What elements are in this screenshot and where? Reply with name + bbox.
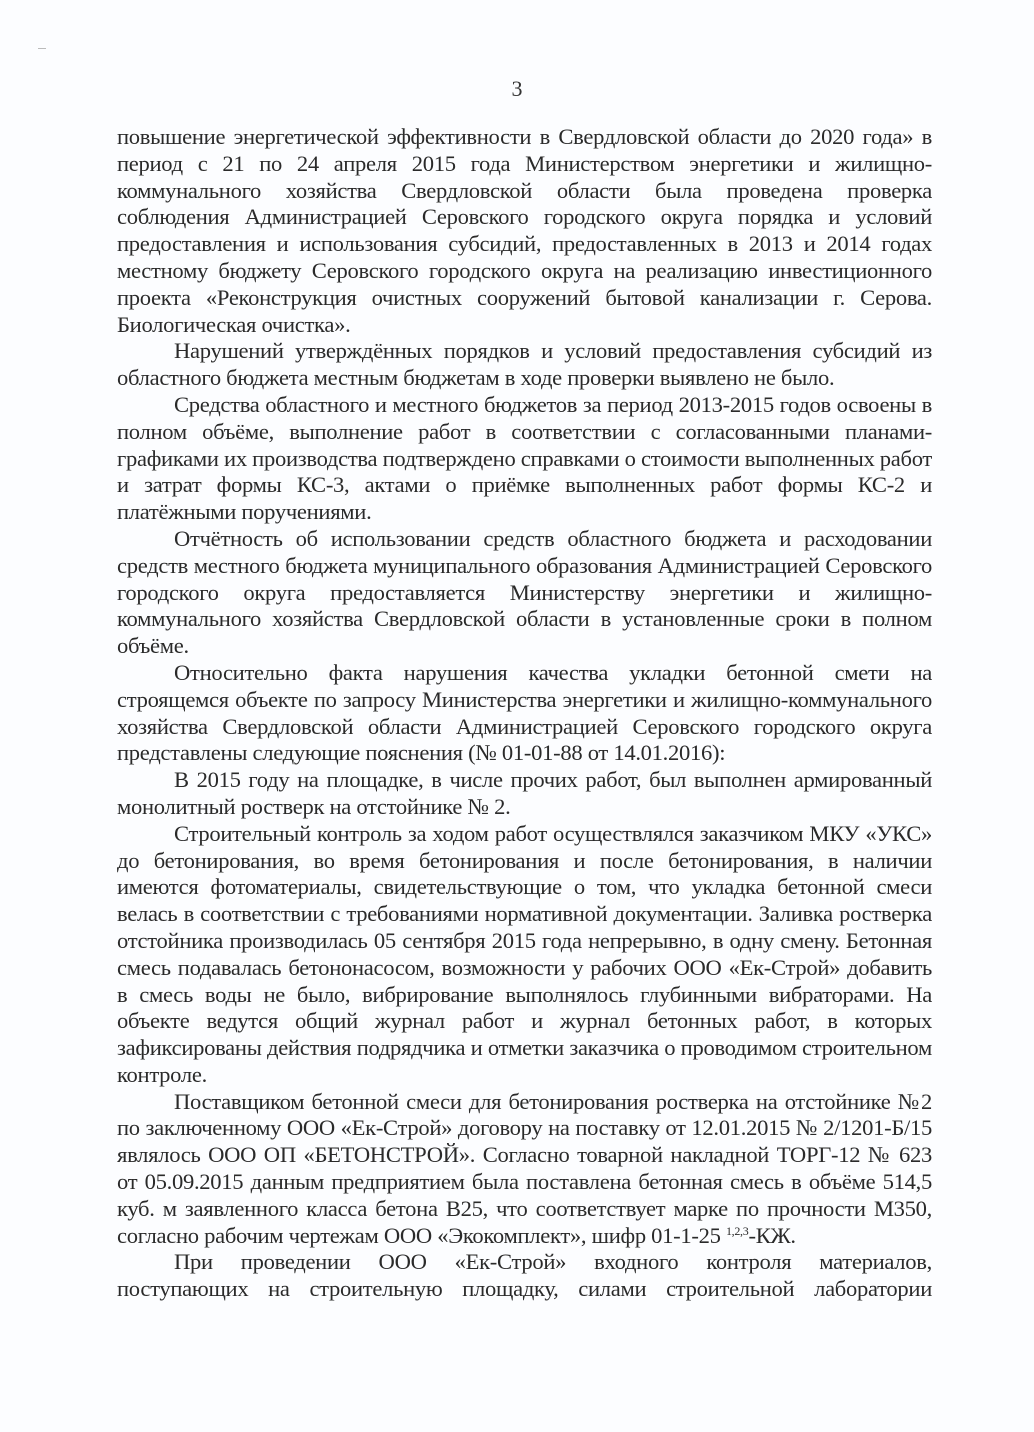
page-number: 3 [0,76,1034,102]
supplier-text-end: -КЖ. [748,1223,795,1248]
paragraph-no-violations: Нарушений утверждённых порядков и услови… [117,338,932,392]
paragraph-concrete-supplier: Поставщиком бетонной смеси для бетониров… [117,1089,932,1250]
paragraph-construction-control: Строительный контроль за ходом работ осу… [117,821,932,1089]
paragraph-reporting: Отчётность об использовании средств обла… [117,526,932,660]
supplier-text: Поставщиком бетонной смеси для бетониров… [117,1089,932,1248]
paragraph-program-inspection: повышение энергетической эффективности в… [117,124,932,338]
paragraph-funds-spent: Средства областного и местного бюджетов … [117,392,932,526]
document-body: повышение энергетической эффективности в… [117,124,932,1303]
paragraph-input-control: При проведении ООО «Ек-Строй» входного к… [117,1249,932,1303]
paragraph-grillage-2015: В 2015 году на площадке, в числе прочих … [117,767,932,821]
scan-artifact-mark [38,48,46,49]
superscript-sheets: 1,2,3 [726,1224,749,1238]
paragraph-concrete-quality: Относительно факта нарушения качества ук… [117,660,932,767]
